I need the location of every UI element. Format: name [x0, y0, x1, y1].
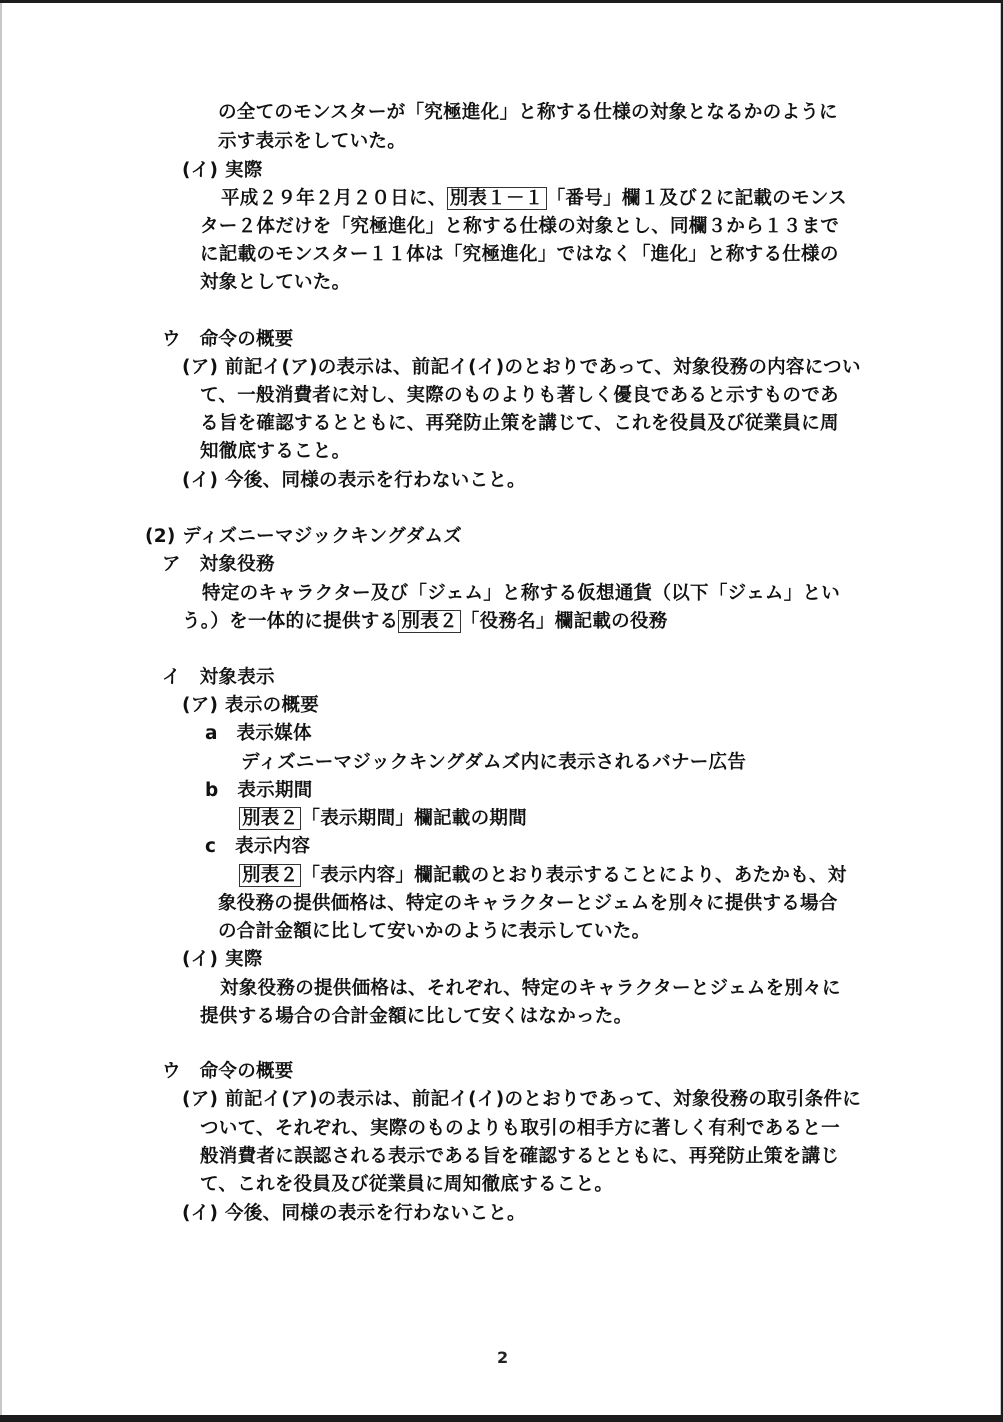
text: 「表示内容」欄記載のとおり表示することにより、あたかも、対: [301, 865, 846, 886]
text: 「役務名」欄記載の役務: [461, 611, 668, 632]
heading-order-summary: ウ 命令の概要: [162, 1058, 294, 1086]
item-heading-content: c 表示内容: [205, 833, 310, 861]
heading-order-summary: ウ 命令の概要: [162, 326, 294, 354]
paragraph-line: 提供する場合の合計金額に比して安くはなかった。: [200, 1003, 632, 1031]
heading-target-service: ア 対象役務: [162, 551, 275, 579]
paragraph-line: 特定のキャラクター及び「ジェム」と称する仮想通貨（以下「ジェム」とい: [202, 580, 840, 608]
paragraph-line: ディズニーマジックキングダムズ内に表示されるバナー広告: [241, 749, 746, 777]
subheading-actual: (イ) 実際: [182, 157, 263, 185]
heading-target-display: イ 対象表示: [162, 664, 275, 692]
paragraph-line: る旨を確認するとともに、再発防止策を講じて、これを役員及び従業員に周: [200, 410, 839, 438]
table-reference-box: 別表２: [239, 807, 301, 830]
paragraph-line: 対象役務の提供価格は、それぞれ、特定のキャラクターとジェムを別々に: [220, 975, 841, 1003]
paragraph-line: 示す表示をしていた。: [218, 128, 406, 156]
item-heading-period: b 表示期間: [205, 777, 313, 805]
paragraph-line: の全てのモンスターが「究極進化」と称する仕様の対象となるかのように: [218, 99, 838, 127]
paragraph-line: (イ) 今後、同様の表示を行わないこと。: [182, 467, 526, 495]
section-heading: (2) ディズニーマジックキングダムズ: [145, 523, 462, 551]
paragraph-line: 別表２「表示期間」欄記載の期間: [239, 805, 527, 833]
paragraph-line: て、一般消費者に対し、実際のものよりも著しく優良であると示すものであ: [200, 382, 839, 410]
paragraph-line: 象役務の提供価格は、特定のキャラクターとジェムを別々に提供する場合: [218, 890, 838, 918]
item-heading-media: a 表示媒体: [205, 720, 312, 748]
paragraph-line: (ア) 前記イ(ア)の表示は、前記イ(イ)のとおりであって、対象役務の内容につい: [182, 354, 861, 382]
paragraph-line: ター２体だけを「究極進化」と称する仕様の対象とし、同欄３から１３まで: [200, 213, 839, 241]
table-reference-box: 別表１－１: [447, 187, 547, 210]
paragraph-line: う。）を一体的に提供する別表２「役務名」欄記載の役務: [182, 608, 668, 636]
paragraph-line: に記載のモンスター１１体は「究極進化」ではなく「進化」と称する仕様の: [200, 241, 839, 269]
table-reference-box: 別表２: [239, 864, 301, 887]
text: 「表示期間」欄記載の期間: [301, 808, 527, 829]
paragraph-line: ついて、それぞれ、実際のものよりも取引の相手方に著しく有利であると一: [200, 1115, 840, 1143]
subheading-display-overview: (ア) 表示の概要: [182, 692, 319, 720]
page-number: 2: [497, 1348, 508, 1367]
paragraph-line: 対象としていた。: [200, 269, 350, 297]
paragraph-line: 別表２「表示内容」欄記載のとおり表示することにより、あたかも、対: [239, 862, 847, 890]
subheading-actual: (イ) 実際: [182, 946, 263, 974]
paragraph-line: 知徹底すること。: [200, 438, 350, 466]
document-page: の全てのモンスターが「究極進化」と称する仕様の対象となるかのように 示す表示をし…: [0, 3, 1001, 1415]
paragraph-line: の合計金額に比して安いかのように表示していた。: [218, 918, 650, 946]
text: う。）を一体的に提供する: [182, 611, 398, 632]
paragraph-line: て、これを役員及び従業員に周知徹底すること。: [200, 1171, 613, 1199]
paragraph-line: 平成２９年２月２０日に、別表１－１「番号」欄１及び２に記載のモンス: [221, 185, 847, 213]
paragraph-line: (ア) 前記イ(ア)の表示は、前記イ(イ)のとおりであって、対象役務の取引条件に: [182, 1086, 861, 1114]
text: 平成２９年２月２０日に、: [221, 188, 447, 209]
paragraph-line: (イ) 今後、同様の表示を行わないこと。: [182, 1200, 526, 1228]
paragraph-line: 般消費者に誤認される表示である旨を確認するとともに、再発防止策を講じ: [200, 1143, 839, 1171]
table-reference-box: 別表２: [398, 610, 460, 633]
text: 「番号」欄１及び２に記載のモンス: [547, 188, 847, 209]
